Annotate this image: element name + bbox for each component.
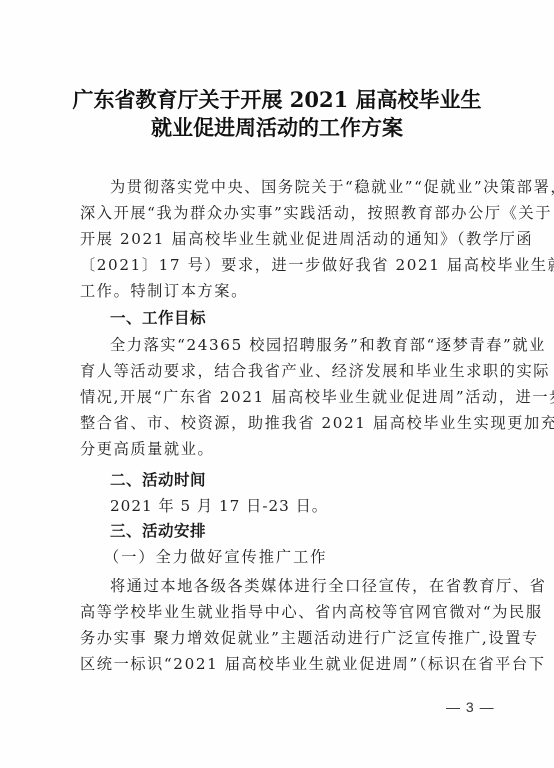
- section-heading-arrangement: 三、活动安排: [110, 518, 206, 544]
- intro-line-3: 开展 2021 届高校毕业生就业促进周活动的通知》（教学厅函: [80, 226, 500, 252]
- arrangement-line-2: 高等学校毕业生就业指导中心、省内高校等官网官微对“为民服: [80, 599, 500, 625]
- subsection-heading-publicity: （一）全力做好宣传推广工作: [104, 544, 327, 570]
- arrangement-line-4: 区统一标识“2021 届高校毕业生就业促进周”（标识在省平台下: [80, 651, 500, 677]
- goals-line-5: 分更高质量就业。: [80, 436, 500, 462]
- document-page: 广东省教育厅关于开展 2021 届高校毕业生 就业促进周活动的工作方案 为贯彻落…: [0, 0, 554, 768]
- arrangement-line-3: 务办实事 聚力增效促就业”主题活动进行广泛宣传推广,设置专: [80, 625, 500, 651]
- page-number: — 3 —: [446, 699, 495, 715]
- intro-line-5: 工作。特制订本方案。: [80, 278, 500, 304]
- arrangement-line-1: 将通过本地各级各类媒体进行全口径宣传，在省教育厅、省: [110, 573, 500, 599]
- goals-line-1: 全力落实“24365 校园招聘服务”和教育部“逐梦青春”就业: [110, 332, 500, 358]
- intro-line-1: 为贯彻落实党中央、国务院关于“稳就业”“促就业”决策部署，: [110, 174, 500, 200]
- document-title-line-2: 就业促进周活动的工作方案: [0, 114, 554, 142]
- section-heading-time: 二、活动时间: [110, 467, 206, 493]
- section-heading-goals: 一、工作目标: [110, 305, 206, 331]
- activity-time-text: 2021 年 5 月 17 日-23 日。: [110, 493, 328, 519]
- intro-line-2: 深入开展“我为群众办实事”实践活动，按照教育部办公厅《关于: [80, 200, 500, 226]
- intro-line-4: 〔2021〕17 号）要求，进一步做好我省 2021 届高校毕业生就业: [80, 252, 500, 278]
- document-title-line-1: 广东省教育厅关于开展 2021 届高校毕业生: [0, 86, 554, 114]
- goals-line-2: 育人等活动要求，结合我省产业、经济发展和毕业生求职的实际: [80, 358, 500, 384]
- goals-line-4: 整合省、市、校资源，助推我省 2021 届高校毕业生实现更加充: [80, 410, 500, 436]
- goals-line-3: 情况,开展“广东省 2021 届高校毕业生就业促进周”活动，进一步: [80, 384, 500, 410]
